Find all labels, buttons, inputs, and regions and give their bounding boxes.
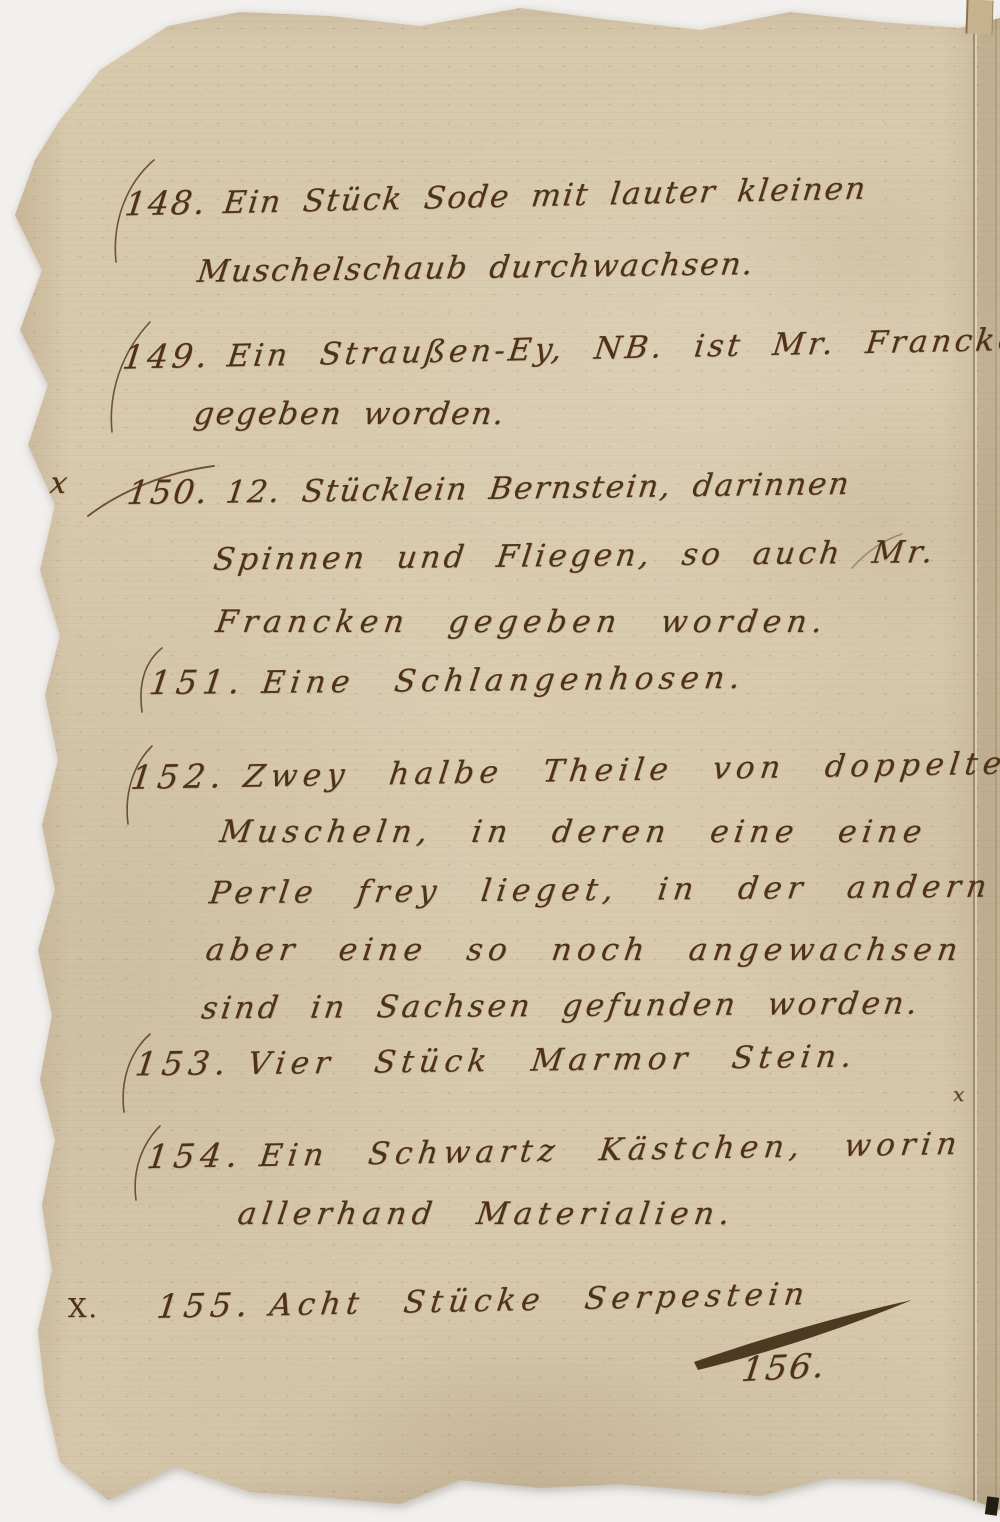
entry-148-text: Ein Stück Sode mit lauter kleinen: [221, 171, 869, 222]
entry-154-line-1: 154.Ein Schwartz Kästchen, worin: [145, 1123, 965, 1177]
paper-shadow: 148.Ein Stück Sode mit lauter kleinen Mu…: [0, 0, 1000, 1522]
entry-151-number: 151.: [147, 662, 248, 703]
entry-149-text: Ein Straußen-Ey, NB. ist Mr. Francken: [225, 321, 1000, 374]
binding-mark: [985, 1496, 999, 1515]
entry-148-number: 148.: [123, 183, 209, 224]
entry-149-line-2: gegeben worden.: [191, 396, 508, 433]
entry-149-line-1: 149.Ein Straußen-Ey, NB. ist Mr. Francke…: [120, 318, 1000, 377]
entry-148-line-1: 148.Ein Stück Sode mit lauter kleinen: [123, 168, 870, 225]
adjacent-page-tab: [965, 0, 993, 34]
entry-155-line-1: 155.Acht Stücke Serpestein: [155, 1273, 812, 1327]
entry-154-line-2: allerhand Materialien.: [235, 1196, 737, 1233]
entry-154-number: 154.: [145, 1135, 246, 1176]
entry-150-line-3: Francken gegeben worden.: [213, 604, 830, 641]
entry-152-line-5: sind in Sachsen gefunden worden.: [199, 985, 923, 1027]
entry-155-text: Acht Stücke Serpestein: [268, 1276, 812, 1323]
entry-153-line-1: 153.Vier Stück Marmor Stein.: [133, 1036, 860, 1085]
entry-150-number: 150.: [125, 472, 212, 513]
entry-150-text: 12. Stücklein Bernstein, darinnen: [224, 466, 853, 511]
entry-153-text: Vier Stück Marmor Stein.: [246, 1039, 860, 1082]
entry-151-text: Eine Schlangenhosen.: [260, 660, 748, 701]
manuscript-page: 148.Ein Stück Sode mit lauter kleinen Mu…: [0, 0, 1000, 1522]
entry-148-line-2: Muschelschaub durchwachsen.: [195, 246, 757, 291]
entry-152-number: 152.: [129, 756, 230, 797]
entry-150-line-1: 150.12. Stücklein Bernstein, darinnen: [125, 463, 853, 513]
entry-152-line-3: Perle frey lieget, in der andern: [207, 869, 994, 913]
entry-149-number: 149.: [120, 336, 212, 377]
entry-152-text: Zwey halbe Theile von doppelten: [241, 745, 1000, 795]
entry-152-line-2: Muscheln, in deren eine eine: [217, 814, 929, 851]
catchword-next-entry-number: 156.: [739, 1346, 828, 1391]
entry-152-line-4: aber eine so noch angewachsen: [203, 932, 965, 969]
entry-155-number: 155.: [155, 1285, 255, 1327]
entry-150-margin-mark: x: [47, 466, 71, 502]
manuscript-scan: 148.Ein Stück Sode mit lauter kleinen Mu…: [0, 0, 1000, 1522]
entry-151-line-1: 151.Eine Schlangenhosen.: [147, 657, 748, 703]
entry-150-line-2: Spinnen und Fliegen, so auch Mr.: [211, 534, 938, 579]
entry-155-margin-mark: X.: [68, 1294, 99, 1325]
entry-152-line-1: 152.Zwey halbe Theile von doppelten: [128, 742, 1000, 798]
entry-153-number: 153.: [133, 1043, 234, 1084]
entry-154-text: Ein Schwartz Kästchen, worin: [257, 1126, 964, 1174]
right-margin-mark: x: [953, 1082, 964, 1106]
